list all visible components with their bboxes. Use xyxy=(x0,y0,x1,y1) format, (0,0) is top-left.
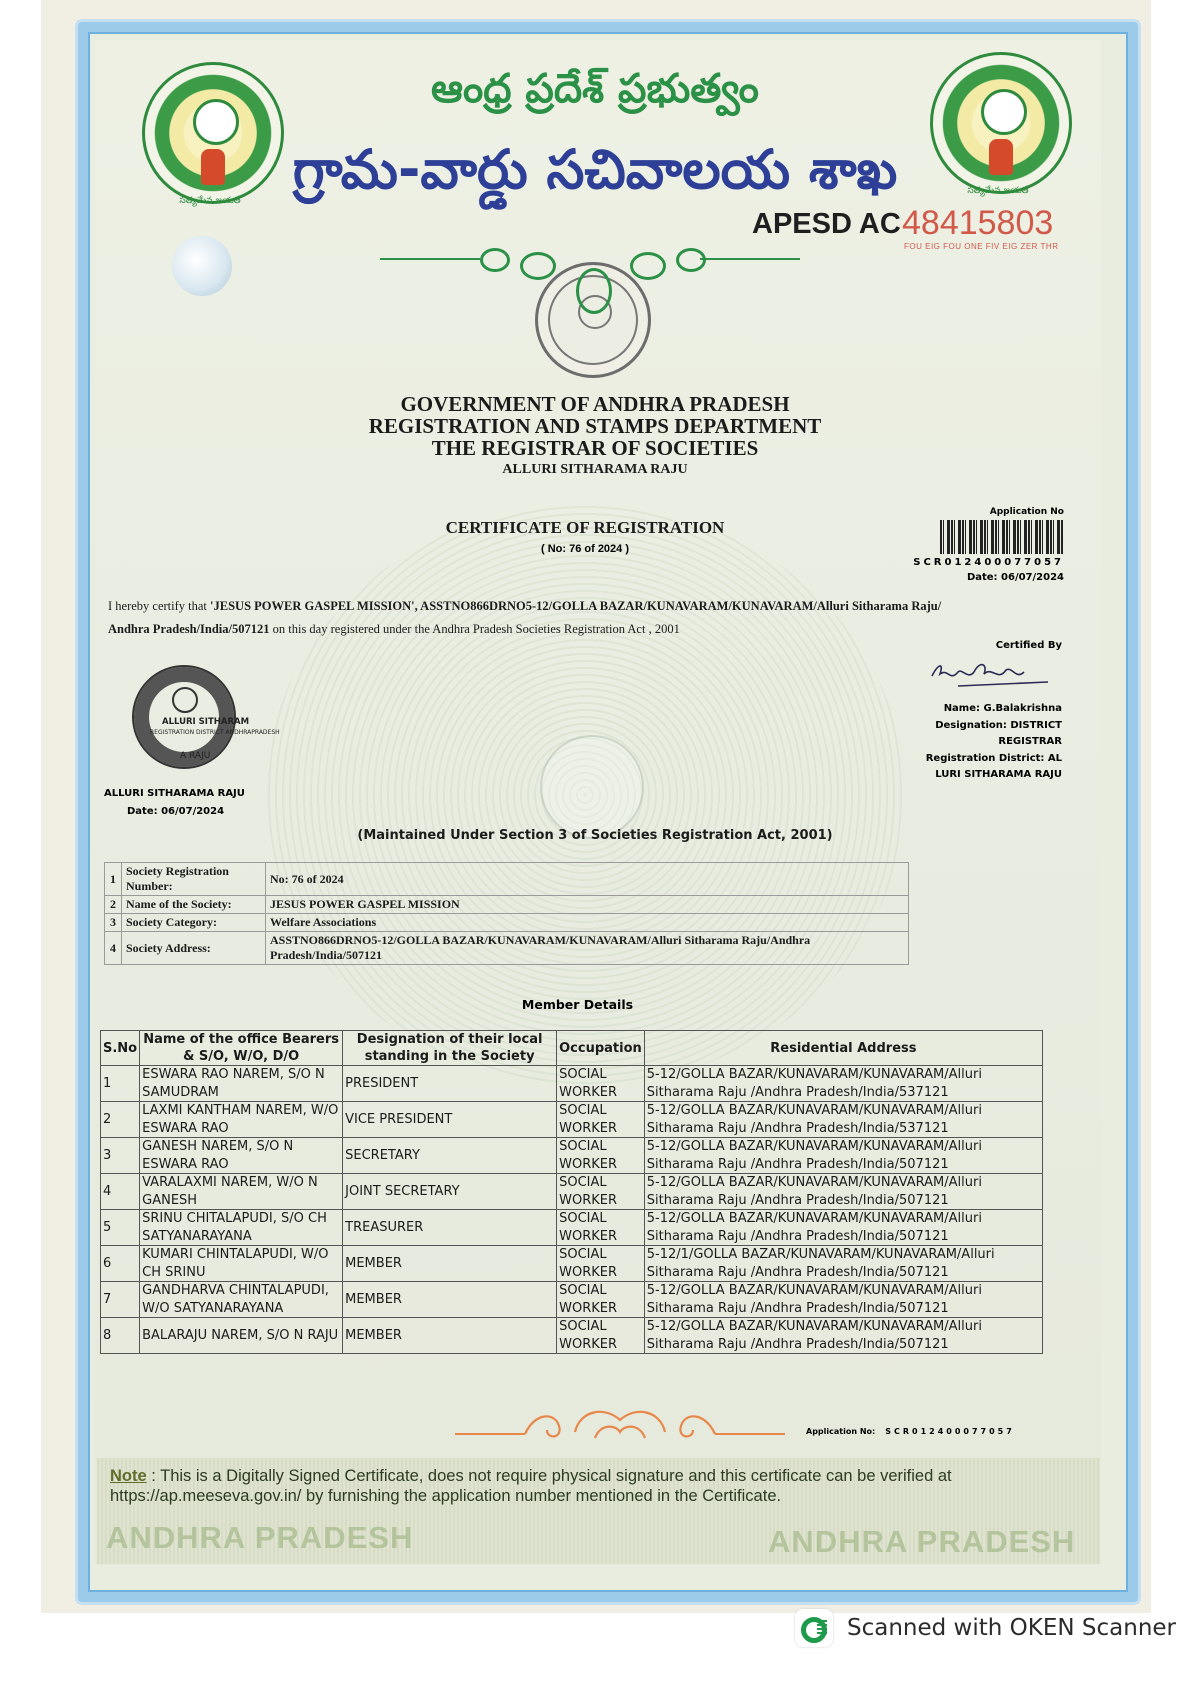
member-address: 5-12/GOLLA BAZAR/KUNAVARAM/KUNAVARAM/All… xyxy=(644,1174,1042,1210)
member-name: GANESH NAREM, S/O N ESWARA RAO xyxy=(140,1138,343,1174)
row-number: 3 xyxy=(105,914,122,932)
scanner-badge: Scanned with OKEN Scanner xyxy=(795,1608,1176,1648)
bottom-ornament-icon xyxy=(455,1402,785,1442)
serial-number-words: FOU EIG FOU ONE FIV EIG ZER THR xyxy=(904,242,1058,251)
signature-icon xyxy=(928,656,1058,696)
detail-label: Name of the Society: xyxy=(122,896,266,914)
ornament-curl xyxy=(630,252,666,280)
member-row: 8BALARAJU NAREM, S/O N RAJUMEMBERSOCIAL … xyxy=(101,1318,1043,1354)
signer-district: Registration District: AL xyxy=(880,751,1062,768)
signer-designation: Designation: DISTRICT xyxy=(880,718,1062,735)
detail-label: Society Category: xyxy=(122,914,266,932)
member-row: 7GANDHARVA CHINTALAPUDI, W/O SATYANARAYA… xyxy=(101,1282,1043,1318)
seal-date: Date: 06/07/2024 xyxy=(127,806,224,817)
member-address: 5-12/GOLLA BAZAR/KUNAVARAM/KUNAVARAM/All… xyxy=(644,1282,1042,1318)
detail-value: ASSTNO866DRNO5-12/GOLLA BAZAR/KUNAVARAM/… xyxy=(266,932,909,965)
society-detail-row: 4Society Address:ASSTNO866DRNO5-12/GOLLA… xyxy=(105,932,909,965)
ornament-line-right xyxy=(700,258,800,260)
member-row: 4VARALAXMI NAREM, W/O N GANESHJOINT SECR… xyxy=(101,1174,1043,1210)
seal-caption: ALLURI SITHARAMA RAJU xyxy=(104,788,245,799)
society-detail-row: 2Name of the Society:JESUS POWER GASPEL … xyxy=(105,896,909,914)
member-occupation: SOCIAL WORKER xyxy=(557,1102,645,1138)
member-designation: PRESIDENT xyxy=(343,1066,557,1102)
certify-statement-line1: I hereby certify that 'JESUS POWER GASPE… xyxy=(108,599,1078,614)
signer-details: Name: G.Balakrishna Designation: DISTRIC… xyxy=(880,701,1062,784)
ornament-curl xyxy=(520,252,556,280)
row-number: 1 xyxy=(105,863,122,896)
issue-date: Date: 06/07/2024 xyxy=(880,572,1064,583)
member-row: 5SRINU CHITALAPUDI, S/O CH SATYANARAYANA… xyxy=(101,1210,1043,1246)
member-designation: VICE PRESIDENT xyxy=(343,1102,557,1138)
member-name: LAXMI KANTHAM NAREM, W/O ESWARA RAO xyxy=(140,1102,343,1138)
footer-application-no: Application No:SCR012400077057 xyxy=(806,1427,1015,1436)
member-occupation: SOCIAL WORKER xyxy=(557,1174,645,1210)
member-name: KUMARI CHINTALAPUDI, W/O CH SRINU xyxy=(140,1246,343,1282)
barcode-icon xyxy=(940,520,1064,554)
watermark-left: ANDHRA PRADESH xyxy=(106,1520,413,1556)
watermark-right: ANDHRA PRADESH xyxy=(768,1524,1075,1560)
member-occupation: SOCIAL WORKER xyxy=(557,1066,645,1102)
serial-prefix: APESD AC xyxy=(752,208,901,241)
hologram-sticker xyxy=(172,236,232,296)
watermark-emblem xyxy=(540,735,644,839)
certified-by-label: Certified By xyxy=(920,640,1062,651)
scanner-text: Scanned with OKEN Scanner xyxy=(847,1615,1176,1641)
member-address: 5-12/GOLLA BAZAR/KUNAVARAM/KUNAVARAM/All… xyxy=(644,1066,1042,1102)
member-designation: TREASURER xyxy=(343,1210,557,1246)
col-header-designation: Designation of their local standing in t… xyxy=(343,1031,557,1066)
member-designation: SECRETARY xyxy=(343,1138,557,1174)
society-details-table: 1Society Registration Number:No: 76 of 2… xyxy=(104,862,909,965)
certificate-title: CERTIFICATE OF REGISTRATION xyxy=(380,518,790,538)
col-header-sno: S.No xyxy=(101,1031,140,1066)
registrar-seal-stamp: ALLURI SITHARAM REGISTRATION DISTRICT AN… xyxy=(132,665,236,769)
society-detail-row: 3Society Category:Welfare Associations xyxy=(105,914,909,932)
application-no-value: SCR012400077057 xyxy=(880,557,1064,568)
member-row: 3GANESH NAREM, S/O N ESWARA RAOSECRETARY… xyxy=(101,1138,1043,1174)
row-number: 4 xyxy=(105,932,122,965)
member-name: BALARAJU NAREM, S/O N RAJU xyxy=(140,1318,343,1354)
member-row: 2LAXMI KANTHAM NAREM, W/O ESWARA RAOVICE… xyxy=(101,1102,1043,1138)
detail-label: Society Registration Number: xyxy=(122,863,266,896)
member-name: GANDHARVA CHINTALAPUDI, W/O SATYANARAYAN… xyxy=(140,1282,343,1318)
col-header-name: Name of the office Bearers & S/O, W/O, D… xyxy=(140,1031,343,1066)
member-designation: MEMBER xyxy=(343,1282,557,1318)
member-address: 5-12/GOLLA BAZAR/KUNAVARAM/KUNAVARAM/All… xyxy=(644,1138,1042,1174)
detail-value: No: 76 of 2024 xyxy=(266,863,909,896)
member-sno: 1 xyxy=(101,1066,140,1102)
society-detail-row: 1Society Registration Number:No: 76 of 2… xyxy=(105,863,909,896)
member-sno: 5 xyxy=(101,1210,140,1246)
member-sno: 7 xyxy=(101,1282,140,1318)
member-sno: 2 xyxy=(101,1102,140,1138)
member-sno: 8 xyxy=(101,1318,140,1354)
detail-value: JESUS POWER GASPEL MISSION xyxy=(266,896,909,914)
certificate-number: ( No: 76 of 2024 ) xyxy=(380,543,790,555)
col-header-address: Residential Address xyxy=(644,1031,1042,1066)
telugu-govt-title: ఆంధ్ర ప్రదేశ్ ప్రభుత్వం xyxy=(0,66,1190,122)
member-details-title: Member Details xyxy=(0,997,1155,1012)
member-name: ESWARA RAO NAREM, S/O N SAMUDRAM xyxy=(140,1066,343,1102)
member-sno: 4 xyxy=(101,1174,140,1210)
note-text: This is a Digitally Signed Certificate, … xyxy=(110,1467,952,1505)
member-occupation: SOCIAL WORKER xyxy=(557,1210,645,1246)
member-occupation: SOCIAL WORKER xyxy=(557,1282,645,1318)
member-sno: 6 xyxy=(101,1246,140,1282)
row-number: 2 xyxy=(105,896,122,914)
ornament-curl xyxy=(576,268,612,314)
member-name: VARALAXMI NAREM, W/O N GANESH xyxy=(140,1174,343,1210)
ornament-curl xyxy=(676,248,706,272)
note-label: Note xyxy=(110,1467,147,1485)
col-header-occupation: Occupation xyxy=(557,1031,645,1066)
member-occupation: SOCIAL WORKER xyxy=(557,1246,645,1282)
verification-note: Note : This is a Digitally Signed Certif… xyxy=(110,1466,1095,1506)
member-address: 5-12/1/GOLLA BAZAR/KUNAVARAM/KUNAVARAM/A… xyxy=(644,1246,1042,1282)
dept-line-3: THE REGISTRAR OF SOCIETIES xyxy=(0,436,1190,461)
detail-label: Society Address: xyxy=(122,932,266,965)
certify-statement-line2: Andhra Pradesh/India/507121 on this day … xyxy=(108,622,1078,637)
member-designation: MEMBER xyxy=(343,1246,557,1282)
application-no-label: Application No xyxy=(900,507,1064,517)
member-address: 5-12/GOLLA BAZAR/KUNAVARAM/KUNAVARAM/All… xyxy=(644,1102,1042,1138)
signer-name: Name: G.Balakrishna xyxy=(880,701,1062,718)
member-address: 5-12/GOLLA BAZAR/KUNAVARAM/KUNAVARAM/All… xyxy=(644,1318,1042,1354)
member-occupation: SOCIAL WORKER xyxy=(557,1318,645,1354)
maintained-under-note: (Maintained Under Section 3 of Societies… xyxy=(0,828,1190,843)
member-sno: 3 xyxy=(101,1138,140,1174)
dept-line-4: ALLURI SITHARAMA RAJU xyxy=(0,462,1190,478)
serial-number: 48415803 xyxy=(902,204,1053,243)
member-name: SRINU CHITALAPUDI, S/O CH SATYANARAYANA xyxy=(140,1210,343,1246)
detail-value: Welfare Associations xyxy=(266,914,909,932)
ornament-curl xyxy=(480,248,510,272)
member-designation: JOINT SECRETARY xyxy=(343,1174,557,1210)
member-address: 5-12/GOLLA BAZAR/KUNAVARAM/KUNAVARAM/All… xyxy=(644,1210,1042,1246)
member-designation: MEMBER xyxy=(343,1318,557,1354)
ornament-line-left xyxy=(380,258,480,260)
member-row: 6KUMARI CHINTALAPUDI, W/O CH SRINUMEMBER… xyxy=(101,1246,1043,1282)
oken-scanner-logo-icon xyxy=(795,1609,833,1647)
member-details-table: S.No Name of the office Bearers & S/O, W… xyxy=(100,1030,1043,1354)
member-row: 1ESWARA RAO NAREM, S/O N SAMUDRAMPRESIDE… xyxy=(101,1066,1043,1102)
member-occupation: SOCIAL WORKER xyxy=(557,1138,645,1174)
